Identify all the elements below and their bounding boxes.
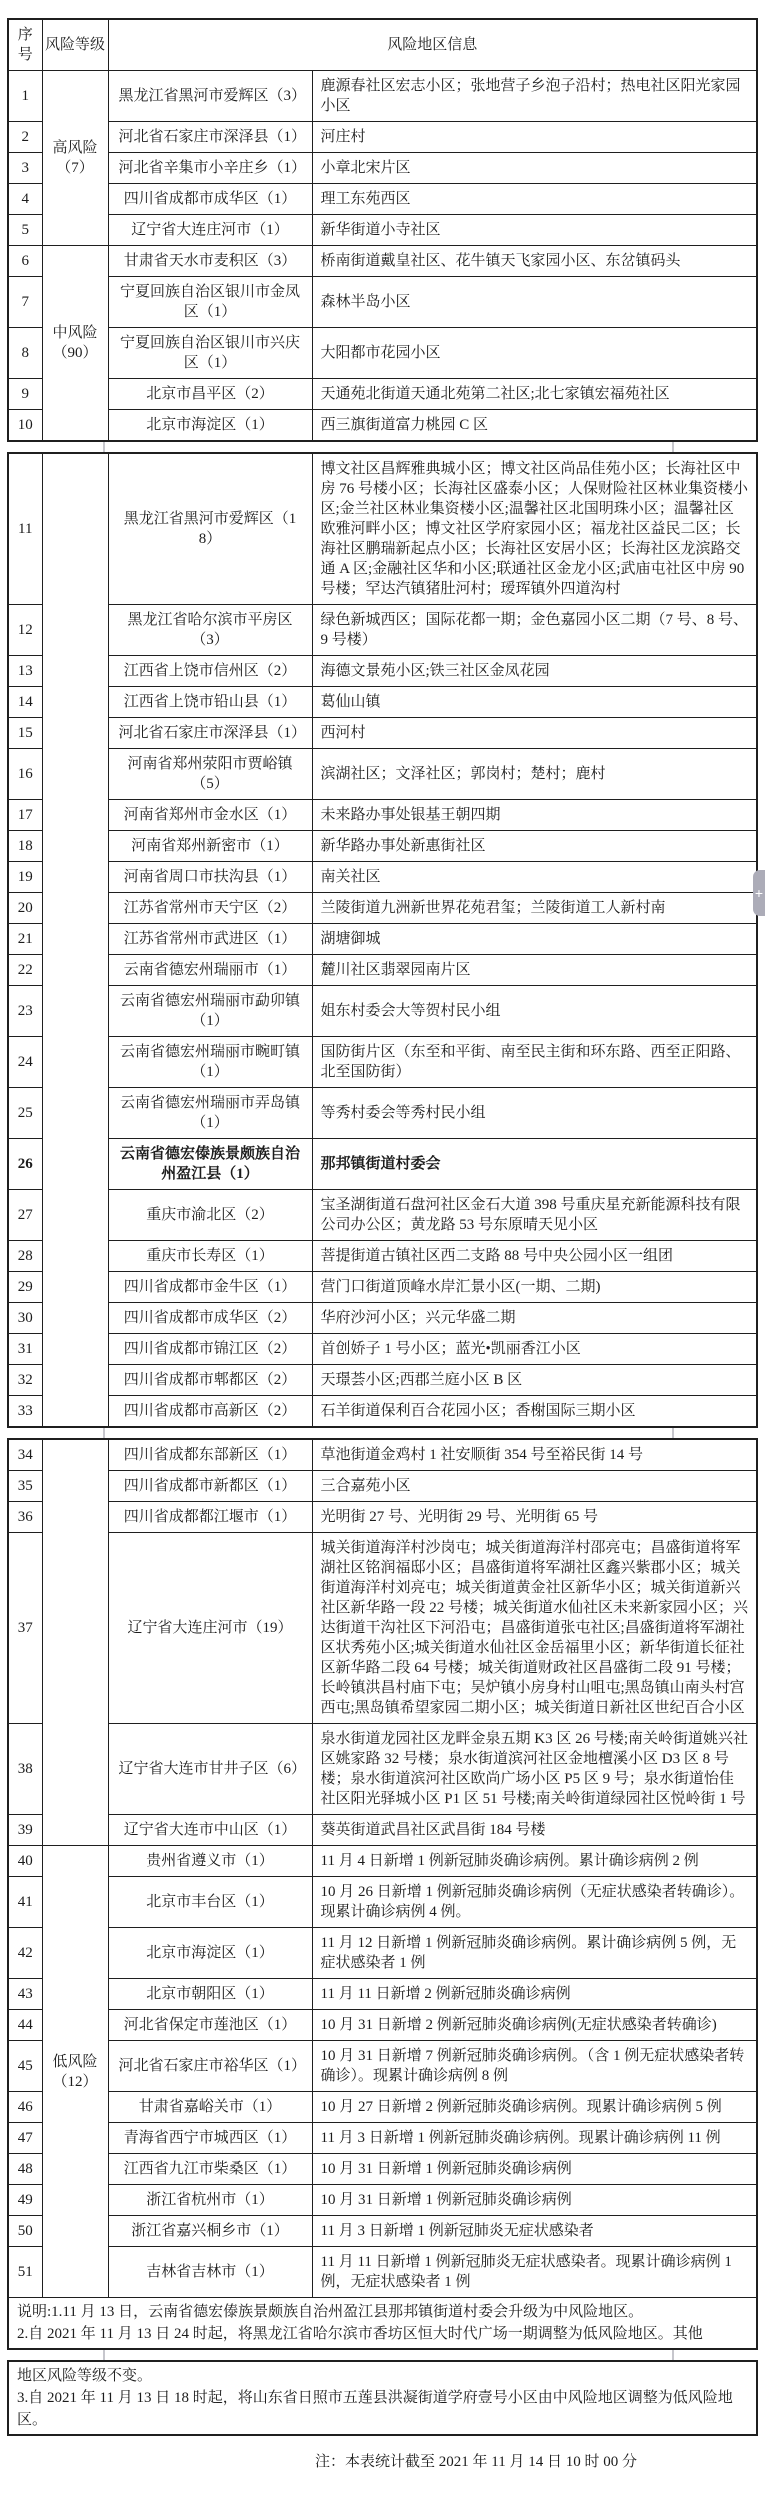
detail-cell: 草池街道金鸡村 1 社安顺街 354 号至裕民街 14 号 <box>312 1439 757 1471</box>
stitch-tick-mark <box>672 1428 674 1438</box>
row-number-cell: 14 <box>8 687 42 718</box>
table-row: 27重庆市渝北区（2）宝圣湖街道石盘河社区金石大道 398 号重庆星充新能源科技… <box>8 1190 757 1241</box>
table-row: 49浙江省杭州市（1）10 月 31 日新增 1 例新冠肺炎确诊病例 <box>8 2185 757 2216</box>
detail-cell: 11 月 3 日新增 1 例新冠肺炎无症状感染者 <box>312 2216 757 2247</box>
detail-cell: 鹿源春社区宏志小区；张地营子乡泡子沿村；热电社区阳光家园小区 <box>312 71 757 122</box>
detail-cell: 10 月 31 日新增 7 例新冠肺炎确诊病例。（含 1 例无症状感染者转确诊）… <box>312 2041 757 2092</box>
row-number-cell: 4 <box>8 184 42 215</box>
row-number-cell: 41 <box>8 1877 42 1928</box>
detail-cell: 石羊街道保利百合花园小区；香榭国际三期小区 <box>312 1396 757 1428</box>
table-row: 2河北省石家庄市深泽县（1）河庄村 <box>8 122 757 153</box>
table-row: 32四川省成都市郫都区（2）天璟荟小区;西郡兰庭小区 B 区 <box>8 1365 757 1396</box>
stitch-tick-mark <box>672 2350 674 2360</box>
row-number-cell: 15 <box>8 718 42 749</box>
region-cell: 云南省德宏州瑞丽市（1） <box>108 955 312 986</box>
row-number-cell: 33 <box>8 1396 42 1428</box>
row-number-cell: 24 <box>8 1037 42 1088</box>
row-number-cell: 7 <box>8 277 42 328</box>
note-line: 说明:1.11 月 13 日，云南省德宏傣族景颇族自治州盈江县那邦镇街道村委会升… <box>17 2301 748 2323</box>
row-number-cell: 1 <box>8 71 42 122</box>
risk-table-section-3: 34四川省成都东部新区（1）草池街道金鸡村 1 社安顺街 354 号至裕民街 1… <box>7 1438 758 2350</box>
region-cell: 四川省成都市金牛区（1） <box>108 1272 312 1303</box>
region-cell: 黑龙江省黑河市爱辉区（3） <box>108 71 312 122</box>
detail-cell: 10 月 27 日新增 2 例新冠肺炎确诊病例。现累计确诊病例 5 例 <box>312 2092 757 2123</box>
detail-cell: 麓川社区翡翠园南片区 <box>312 955 757 986</box>
notes-cell: 说明:1.11 月 13 日，云南省德宏傣族景颇族自治州盈江县那邦镇街道村委会升… <box>8 2298 757 2350</box>
table-row: 47青海省西宁市城西区（1）11 月 3 日新增 1 例新冠肺炎确诊病例。现累计… <box>8 2123 757 2154</box>
risk-table-section-4: 地区风险等级不变。3.自 2021 年 11 月 13 日 18 时起，将山东省… <box>7 2360 758 2436</box>
region-cell: 辽宁省大连市甘井子区（6） <box>108 1724 312 1815</box>
table-row: 5辽宁省大连庄河市（1）新华街道小寺社区 <box>8 215 757 246</box>
row-number-cell: 29 <box>8 1272 42 1303</box>
region-cell: 云南省德宏州瑞丽市弄岛镇（1） <box>108 1088 312 1139</box>
table-row: 24云南省德宏州瑞丽市畹町镇（1）国防街片区（东至和平街、南至民主街和环东路、西… <box>8 1037 757 1088</box>
risk-level-cell <box>42 453 108 1427</box>
row-number-cell: 19 <box>8 862 42 893</box>
table-row: 6中风险（90）甘肃省天水市麦积区（3）桥南街道戴皇社区、花牛镇天飞家园小区、东… <box>8 246 757 277</box>
detail-cell: 未来路办事处银基王朝四期 <box>312 800 757 831</box>
detail-cell: 西三旗街道富力桃园 C 区 <box>312 410 757 442</box>
note-line: 2.自 2021 年 11 月 13 日 24 时起，将黑龙江省哈尔滨市香坊区恒… <box>17 2323 748 2345</box>
region-cell: 青海省西宁市城西区（1） <box>108 2123 312 2154</box>
row-number-cell: 12 <box>8 605 42 656</box>
region-cell: 四川省成都市新都区（1） <box>108 1471 312 1502</box>
region-cell: 辽宁省大连庄河市（19） <box>108 1533 312 1724</box>
region-cell: 云南省德宏州瑞丽市畹町镇（1） <box>108 1037 312 1088</box>
detail-cell: 兰陵街道九洲新世界花苑君玺；兰陵街道工人新村南 <box>312 893 757 924</box>
table-row: 34四川省成都东部新区（1）草池街道金鸡村 1 社安顺街 354 号至裕民街 1… <box>8 1439 757 1471</box>
region-cell: 河南省郑州荥阳市贾峪镇（5） <box>108 749 312 800</box>
region-cell: 吉林省吉林市（1） <box>108 2247 312 2298</box>
row-number-cell: 48 <box>8 2154 42 2185</box>
region-cell: 河北省石家庄市深泽县（1） <box>108 122 312 153</box>
detail-cell: 博文社区昌辉雅典城小区；博文社区尚品佳苑小区；长海社区中房 76 号楼小区；长海… <box>312 453 757 605</box>
row-number-cell: 17 <box>8 800 42 831</box>
detail-cell: 泉水街道龙园社区龙畔金泉五期 K3 区 26 号楼;南关岭街道姚兴社区姚家路 3… <box>312 1724 757 1815</box>
detail-cell: 华府沙河小区；兴元华盛二期 <box>312 1303 757 1334</box>
detail-cell: 西河村 <box>312 718 757 749</box>
detail-cell: 滨湖社区；文泽社区；郭岗村；楚村；鹿村 <box>312 749 757 800</box>
region-cell: 四川省成都市锦江区（2） <box>108 1334 312 1365</box>
row-number-cell: 37 <box>8 1533 42 1724</box>
section-split-gap <box>7 1428 756 1438</box>
row-number-cell: 44 <box>8 2010 42 2041</box>
notes-row: 说明:1.11 月 13 日，云南省德宏傣族景颇族自治州盈江县那邦镇街道村委会升… <box>8 2298 757 2350</box>
risk-tables: 序号风险等级风险地区信息1高风险（7）黑龙江省黑河市爱辉区（3）鹿源春社区宏志小… <box>7 18 757 2436</box>
region-cell: 北京市海淀区（1） <box>108 410 312 442</box>
table-row: 12黑龙江省哈尔滨市平房区（3）绿色新城西区；国际花都一期；金色嘉园小区二期（7… <box>8 605 757 656</box>
detail-cell: 11 月 11 日新增 2 例新冠肺炎确诊病例 <box>312 1979 757 2010</box>
detail-cell: 葛仙山镇 <box>312 687 757 718</box>
row-number-cell: 42 <box>8 1928 42 1979</box>
row-number-cell: 21 <box>8 924 42 955</box>
region-cell: 黑龙江省哈尔滨市平房区（3） <box>108 605 312 656</box>
detail-cell: 新华街道小寺社区 <box>312 215 757 246</box>
stitch-tick-mark <box>103 2350 105 2360</box>
notes-cell: 地区风险等级不变。3.自 2021 年 11 月 13 日 18 时起，将山东省… <box>8 2361 757 2435</box>
region-cell: 四川省成都市成华区（1） <box>108 184 312 215</box>
detail-cell: 葵英街道武昌社区武昌街 184 号楼 <box>312 1815 757 1846</box>
detail-cell: 11 月 11 日新增 1 例新冠肺炎无症状感染者。现累计确诊病例 1 例，无症… <box>312 2247 757 2298</box>
table-row: 36四川省成都都江堰市（1）光明街 27 号、光明街 29 号、光明街 65 号 <box>8 1502 757 1533</box>
table-row: 46甘肃省嘉峪关市（1）10 月 27 日新增 2 例新冠肺炎确诊病例。现累计确… <box>8 2092 757 2123</box>
table-row: 23云南省德宏州瑞丽市勐卯镇（1）姐东村委会大等贺村民小组 <box>8 986 757 1037</box>
table-row: 26云南省德宏傣族景颇族自治州盈江县（1）那邦镇街道村委会 <box>8 1139 757 1190</box>
region-cell: 北京市朝阳区（1） <box>108 1979 312 2010</box>
region-cell: 贵州省遵义市（1） <box>108 1846 312 1877</box>
stitch-tick-mark <box>672 442 674 452</box>
region-cell: 河北省石家庄市裕华区（1） <box>108 2041 312 2092</box>
detail-cell: 姐东村委会大等贺村民小组 <box>312 986 757 1037</box>
row-number-cell: 43 <box>8 1979 42 2010</box>
row-number-cell: 36 <box>8 1502 42 1533</box>
table-row: 37辽宁省大连庄河市（19）城关街道海洋村沙岗屯；城关街道海洋村邵亮屯；昌盛街道… <box>8 1533 757 1724</box>
detail-cell: 等秀村委会等秀村民小组 <box>312 1088 757 1139</box>
table-row: 16河南省郑州荥阳市贾峪镇（5）滨湖社区；文泽社区；郭岗村；楚村；鹿村 <box>8 749 757 800</box>
risk-table-section-2: 11黑龙江省黑河市爱辉区（18）博文社区昌辉雅典城小区；博文社区尚品佳苑小区；长… <box>7 452 758 1428</box>
table-row: 45河北省石家庄市裕华区（1）10 月 31 日新增 7 例新冠肺炎确诊病例。（… <box>8 2041 757 2092</box>
detail-cell: 10 月 31 日新增 1 例新冠肺炎确诊病例 <box>312 2185 757 2216</box>
header-row: 序号风险等级风险地区信息 <box>8 19 757 71</box>
table-row: 10北京市海淀区（1）西三旗街道富力桃园 C 区 <box>8 410 757 442</box>
region-cell: 四川省成都都江堰市（1） <box>108 1502 312 1533</box>
detail-cell: 国防街片区（东至和平街、南至民主街和环东路、西至正阳路、北至国防街） <box>312 1037 757 1088</box>
table-row: 44河北省保定市莲池区（1）10 月 31 日新增 2 例新冠肺炎确诊病例(无症… <box>8 2010 757 2041</box>
detail-cell: 南关社区 <box>312 862 757 893</box>
region-cell: 辽宁省大连庄河市（1） <box>108 215 312 246</box>
row-number-cell: 22 <box>8 955 42 986</box>
table-row: 29四川省成都市金牛区（1）营门口街道顶峰水岸汇景小区(一期、二期) <box>8 1272 757 1303</box>
table-row: 11黑龙江省黑河市爱辉区（18）博文社区昌辉雅典城小区；博文社区尚品佳苑小区；长… <box>8 453 757 605</box>
region-cell: 江苏省常州市天宁区（2） <box>108 893 312 924</box>
table-row: 1高风险（7）黑龙江省黑河市爱辉区（3）鹿源春社区宏志小区；张地营子乡泡子沿村；… <box>8 71 757 122</box>
region-cell: 重庆市长寿区（1） <box>108 1241 312 1272</box>
table-row: 50浙江省嘉兴桐乡市（1）11 月 3 日新增 1 例新冠肺炎无症状感染者 <box>8 2216 757 2247</box>
detail-cell: 光明街 27 号、光明街 29 号、光明街 65 号 <box>312 1502 757 1533</box>
scrollbar-plus-button[interactable]: + <box>753 870 765 916</box>
detail-cell: 大阳都市花园小区 <box>312 328 757 379</box>
region-cell: 四川省成都市郫都区（2） <box>108 1365 312 1396</box>
risk-area-document: 序号风险等级风险地区信息1高风险（7）黑龙江省黑河市爱辉区（3）鹿源春社区宏志小… <box>7 18 757 2471</box>
detail-cell: 森林半岛小区 <box>312 277 757 328</box>
row-number-cell: 47 <box>8 2123 42 2154</box>
row-number-cell: 16 <box>8 749 42 800</box>
detail-cell: 菩提街道古镇社区西二支路 88 号中央公园小区一组团 <box>312 1241 757 1272</box>
table-row: 39辽宁省大连市中山区（1）葵英街道武昌社区武昌街 184 号楼 <box>8 1815 757 1846</box>
region-cell: 四川省成都市成华区（2） <box>108 1303 312 1334</box>
table-row: 43北京市朝阳区（1）11 月 11 日新增 2 例新冠肺炎确诊病例 <box>8 1979 757 2010</box>
table-row: 20江苏省常州市天宁区（2）兰陵街道九洲新世界花苑君玺；兰陵街道工人新村南 <box>8 893 757 924</box>
risk-level-cell: 高风险（7） <box>42 71 108 246</box>
detail-cell: 城关街道海洋村沙岗屯；城关街道海洋村邵亮屯；昌盛街道将军湖社区铭润福邸小区；昌盛… <box>312 1533 757 1724</box>
region-cell: 河南省郑州市金水区（1） <box>108 800 312 831</box>
row-number-cell: 40 <box>8 1846 42 1877</box>
region-cell: 甘肃省嘉峪关市（1） <box>108 2092 312 2123</box>
table-row: 3河北省辛集市小辛庄乡（1）小章北宋片区 <box>8 153 757 184</box>
detail-cell: 那邦镇街道村委会 <box>312 1139 757 1190</box>
note-line: 3.自 2021 年 11 月 13 日 18 时起，将山东省日照市五莲县洪凝街… <box>17 2387 748 2431</box>
col-header-serial-number: 序号 <box>8 19 42 71</box>
table-row: 30四川省成都市成华区（2）华府沙河小区；兴元华盛二期 <box>8 1303 757 1334</box>
row-number-cell: 2 <box>8 122 42 153</box>
region-cell: 江西省九江市柴桑区（1） <box>108 2154 312 2185</box>
detail-cell: 河庄村 <box>312 122 757 153</box>
risk-level-cell <box>42 1439 108 1846</box>
region-cell: 宁夏回族自治区银川市兴庆区（1） <box>108 328 312 379</box>
region-cell: 重庆市渝北区（2） <box>108 1190 312 1241</box>
region-cell: 浙江省嘉兴桐乡市（1） <box>108 2216 312 2247</box>
region-cell: 云南省德宏州瑞丽市勐卯镇（1） <box>108 986 312 1037</box>
region-cell: 北京市丰台区（1） <box>108 1877 312 1928</box>
region-cell: 江西省上饶市信州区（2） <box>108 656 312 687</box>
detail-cell: 首创娇子 1 号小区；蓝光•凯丽香江小区 <box>312 1334 757 1365</box>
table-row: 9北京市昌平区（2）天通苑北街道天通北苑第二社区;北七家镇宏福苑社区 <box>8 379 757 410</box>
row-number-cell: 10 <box>8 410 42 442</box>
row-number-cell: 31 <box>8 1334 42 1365</box>
region-cell: 江苏省常州市武进区（1） <box>108 924 312 955</box>
table-row: 4四川省成都市成华区（1）理工东苑西区 <box>8 184 757 215</box>
row-number-cell: 23 <box>8 986 42 1037</box>
row-number-cell: 20 <box>8 893 42 924</box>
table-row: 38辽宁省大连市甘井子区（6）泉水街道龙园社区龙畔金泉五期 K3 区 26 号楼… <box>8 1724 757 1815</box>
region-cell: 云南省德宏傣族景颇族自治州盈江县（1） <box>108 1139 312 1190</box>
row-number-cell: 13 <box>8 656 42 687</box>
table-row: 22云南省德宏州瑞丽市（1）麓川社区翡翠园南片区 <box>8 955 757 986</box>
table-row: 42北京市海淀区（1）11 月 12 日新增 1 例新冠肺炎确诊病例。累计确诊病… <box>8 1928 757 1979</box>
region-cell: 河南省郑州新密市（1） <box>108 831 312 862</box>
table-row: 14江西省上饶市铅山县（1）葛仙山镇 <box>8 687 757 718</box>
row-number-cell: 46 <box>8 2092 42 2123</box>
table-row: 8宁夏回族自治区银川市兴庆区（1）大阳都市花园小区 <box>8 328 757 379</box>
stitch-tick-mark <box>103 442 105 452</box>
detail-cell: 小章北宋片区 <box>312 153 757 184</box>
region-cell: 辽宁省大连市中山区（1） <box>108 1815 312 1846</box>
table-row: 25云南省德宏州瑞丽市弄岛镇（1）等秀村委会等秀村民小组 <box>8 1088 757 1139</box>
detail-cell: 桥南街道戴皇社区、花牛镇天飞家园小区、东岔镇码头 <box>312 246 757 277</box>
row-number-cell: 18 <box>8 831 42 862</box>
risk-level-cell: 中风险（90） <box>42 246 108 442</box>
table-row: 13江西省上饶市信州区（2）海德文景苑小区;铁三社区金凤花园 <box>8 656 757 687</box>
region-cell: 河北省保定市莲池区（1） <box>108 2010 312 2041</box>
row-number-cell: 27 <box>8 1190 42 1241</box>
row-number-cell: 45 <box>8 2041 42 2092</box>
table-row: 19河南省周口市扶沟县（1）南关社区 <box>8 862 757 893</box>
row-number-cell: 26 <box>8 1139 42 1190</box>
col-header-risk-area-info: 风险地区信息 <box>108 19 757 71</box>
table-row: 35四川省成都市新都区（1）三合嘉苑小区 <box>8 1471 757 1502</box>
table-row: 28重庆市长寿区（1）菩提街道古镇社区西二支路 88 号中央公园小区一组团 <box>8 1241 757 1272</box>
detail-cell: 天璟荟小区;西郡兰庭小区 B 区 <box>312 1365 757 1396</box>
row-number-cell: 30 <box>8 1303 42 1334</box>
note-line: 地区风险等级不变。 <box>17 2365 748 2387</box>
detail-cell: 11 月 4 日新增 1 例新冠肺炎确诊病例。累计确诊病例 2 例 <box>312 1846 757 1877</box>
detail-cell: 宝圣湖街道石盘河社区金石大道 398 号重庆星充新能源科技有限公司办公区；黄龙路… <box>312 1190 757 1241</box>
row-number-cell: 8 <box>8 328 42 379</box>
table-row: 40低风险（12）贵州省遵义市（1）11 月 4 日新增 1 例新冠肺炎确诊病例… <box>8 1846 757 1877</box>
row-number-cell: 39 <box>8 1815 42 1846</box>
stats-cutoff-note: 注：本表统计截至 2021 年 11 月 14 日 10 时 00 分 <box>315 2450 757 2471</box>
row-number-cell: 32 <box>8 1365 42 1396</box>
region-cell: 江西省上饶市铅山县（1） <box>108 687 312 718</box>
detail-cell: 天通苑北街道天通北苑第二社区;北七家镇宏福苑社区 <box>312 379 757 410</box>
detail-cell: 10 月 26 日新增 1 例新冠肺炎确诊病例（无症状感染者转确诊）。现累计确诊… <box>312 1877 757 1928</box>
detail-cell: 绿色新城西区；国际花都一期；金色嘉园小区二期（7 号、8 号、9 号楼） <box>312 605 757 656</box>
region-cell: 河北省石家庄市深泽县（1） <box>108 718 312 749</box>
row-number-cell: 5 <box>8 215 42 246</box>
detail-cell: 10 月 31 日新增 2 例新冠肺炎确诊病例(无症状感染者转确诊) <box>312 2010 757 2041</box>
section-split-gap <box>7 442 756 452</box>
risk-table-section-1: 序号风险等级风险地区信息1高风险（7）黑龙江省黑河市爱辉区（3）鹿源春社区宏志小… <box>7 18 758 442</box>
row-number-cell: 6 <box>8 246 42 277</box>
row-number-cell: 28 <box>8 1241 42 1272</box>
table-row: 33四川省成都市高新区（2）石羊街道保利百合花园小区；香榭国际三期小区 <box>8 1396 757 1428</box>
detail-cell: 11 月 3 日新增 1 例新冠肺炎确诊病例。现累计确诊病例 11 例 <box>312 2123 757 2154</box>
detail-cell: 营门口街道顶峰水岸汇景小区(一期、二期) <box>312 1272 757 1303</box>
row-number-cell: 11 <box>8 453 42 605</box>
region-cell: 甘肃省天水市麦积区（3） <box>108 246 312 277</box>
table-row: 18河南省郑州新密市（1）新华路办事处新惠街社区 <box>8 831 757 862</box>
section-split-gap <box>7 2350 756 2360</box>
region-cell: 北京市昌平区（2） <box>108 379 312 410</box>
row-number-cell: 38 <box>8 1724 42 1815</box>
detail-cell: 湖塘御城 <box>312 924 757 955</box>
detail-cell: 海德文景苑小区;铁三社区金凤花园 <box>312 656 757 687</box>
region-cell: 河南省周口市扶沟县（1） <box>108 862 312 893</box>
detail-cell: 新华路办事处新惠街社区 <box>312 831 757 862</box>
row-number-cell: 49 <box>8 2185 42 2216</box>
row-number-cell: 3 <box>8 153 42 184</box>
table-row: 51吉林省吉林市（1）11 月 11 日新增 1 例新冠肺炎无症状感染者。现累计… <box>8 2247 757 2298</box>
table-row: 48江西省九江市柴桑区（1）10 月 31 日新增 1 例新冠肺炎确诊病例 <box>8 2154 757 2185</box>
table-row: 7宁夏回族自治区银川市金凤区（1）森林半岛小区 <box>8 277 757 328</box>
region-cell: 黑龙江省黑河市爱辉区（18） <box>108 453 312 605</box>
row-number-cell: 9 <box>8 379 42 410</box>
region-cell: 宁夏回族自治区银川市金凤区（1） <box>108 277 312 328</box>
notes-row: 地区风险等级不变。3.自 2021 年 11 月 13 日 18 时起，将山东省… <box>8 2361 757 2435</box>
row-number-cell: 34 <box>8 1439 42 1471</box>
table-row: 17河南省郑州市金水区（1）未来路办事处银基王朝四期 <box>8 800 757 831</box>
region-cell: 河北省辛集市小辛庄乡（1） <box>108 153 312 184</box>
region-cell: 四川省成都东部新区（1） <box>108 1439 312 1471</box>
row-number-cell: 51 <box>8 2247 42 2298</box>
stitch-tick-mark <box>103 1428 105 1438</box>
row-number-cell: 35 <box>8 1471 42 1502</box>
col-header-risk-level: 风险等级 <box>42 19 108 71</box>
risk-level-cell: 低风险（12） <box>42 1846 108 2298</box>
table-row: 21江苏省常州市武进区（1）湖塘御城 <box>8 924 757 955</box>
row-number-cell: 50 <box>8 2216 42 2247</box>
region-cell: 浙江省杭州市（1） <box>108 2185 312 2216</box>
table-row: 41北京市丰台区（1）10 月 26 日新增 1 例新冠肺炎确诊病例（无症状感染… <box>8 1877 757 1928</box>
table-row: 31四川省成都市锦江区（2）首创娇子 1 号小区；蓝光•凯丽香江小区 <box>8 1334 757 1365</box>
row-number-cell: 25 <box>8 1088 42 1139</box>
detail-cell: 三合嘉苑小区 <box>312 1471 757 1502</box>
region-cell: 四川省成都市高新区（2） <box>108 1396 312 1428</box>
region-cell: 北京市海淀区（1） <box>108 1928 312 1979</box>
detail-cell: 11 月 12 日新增 1 例新冠肺炎确诊病例。累计确诊病例 5 例，无症状感染… <box>312 1928 757 1979</box>
detail-cell: 10 月 31 日新增 1 例新冠肺炎确诊病例 <box>312 2154 757 2185</box>
detail-cell: 理工东苑西区 <box>312 184 757 215</box>
table-row: 15河北省石家庄市深泽县（1）西河村 <box>8 718 757 749</box>
